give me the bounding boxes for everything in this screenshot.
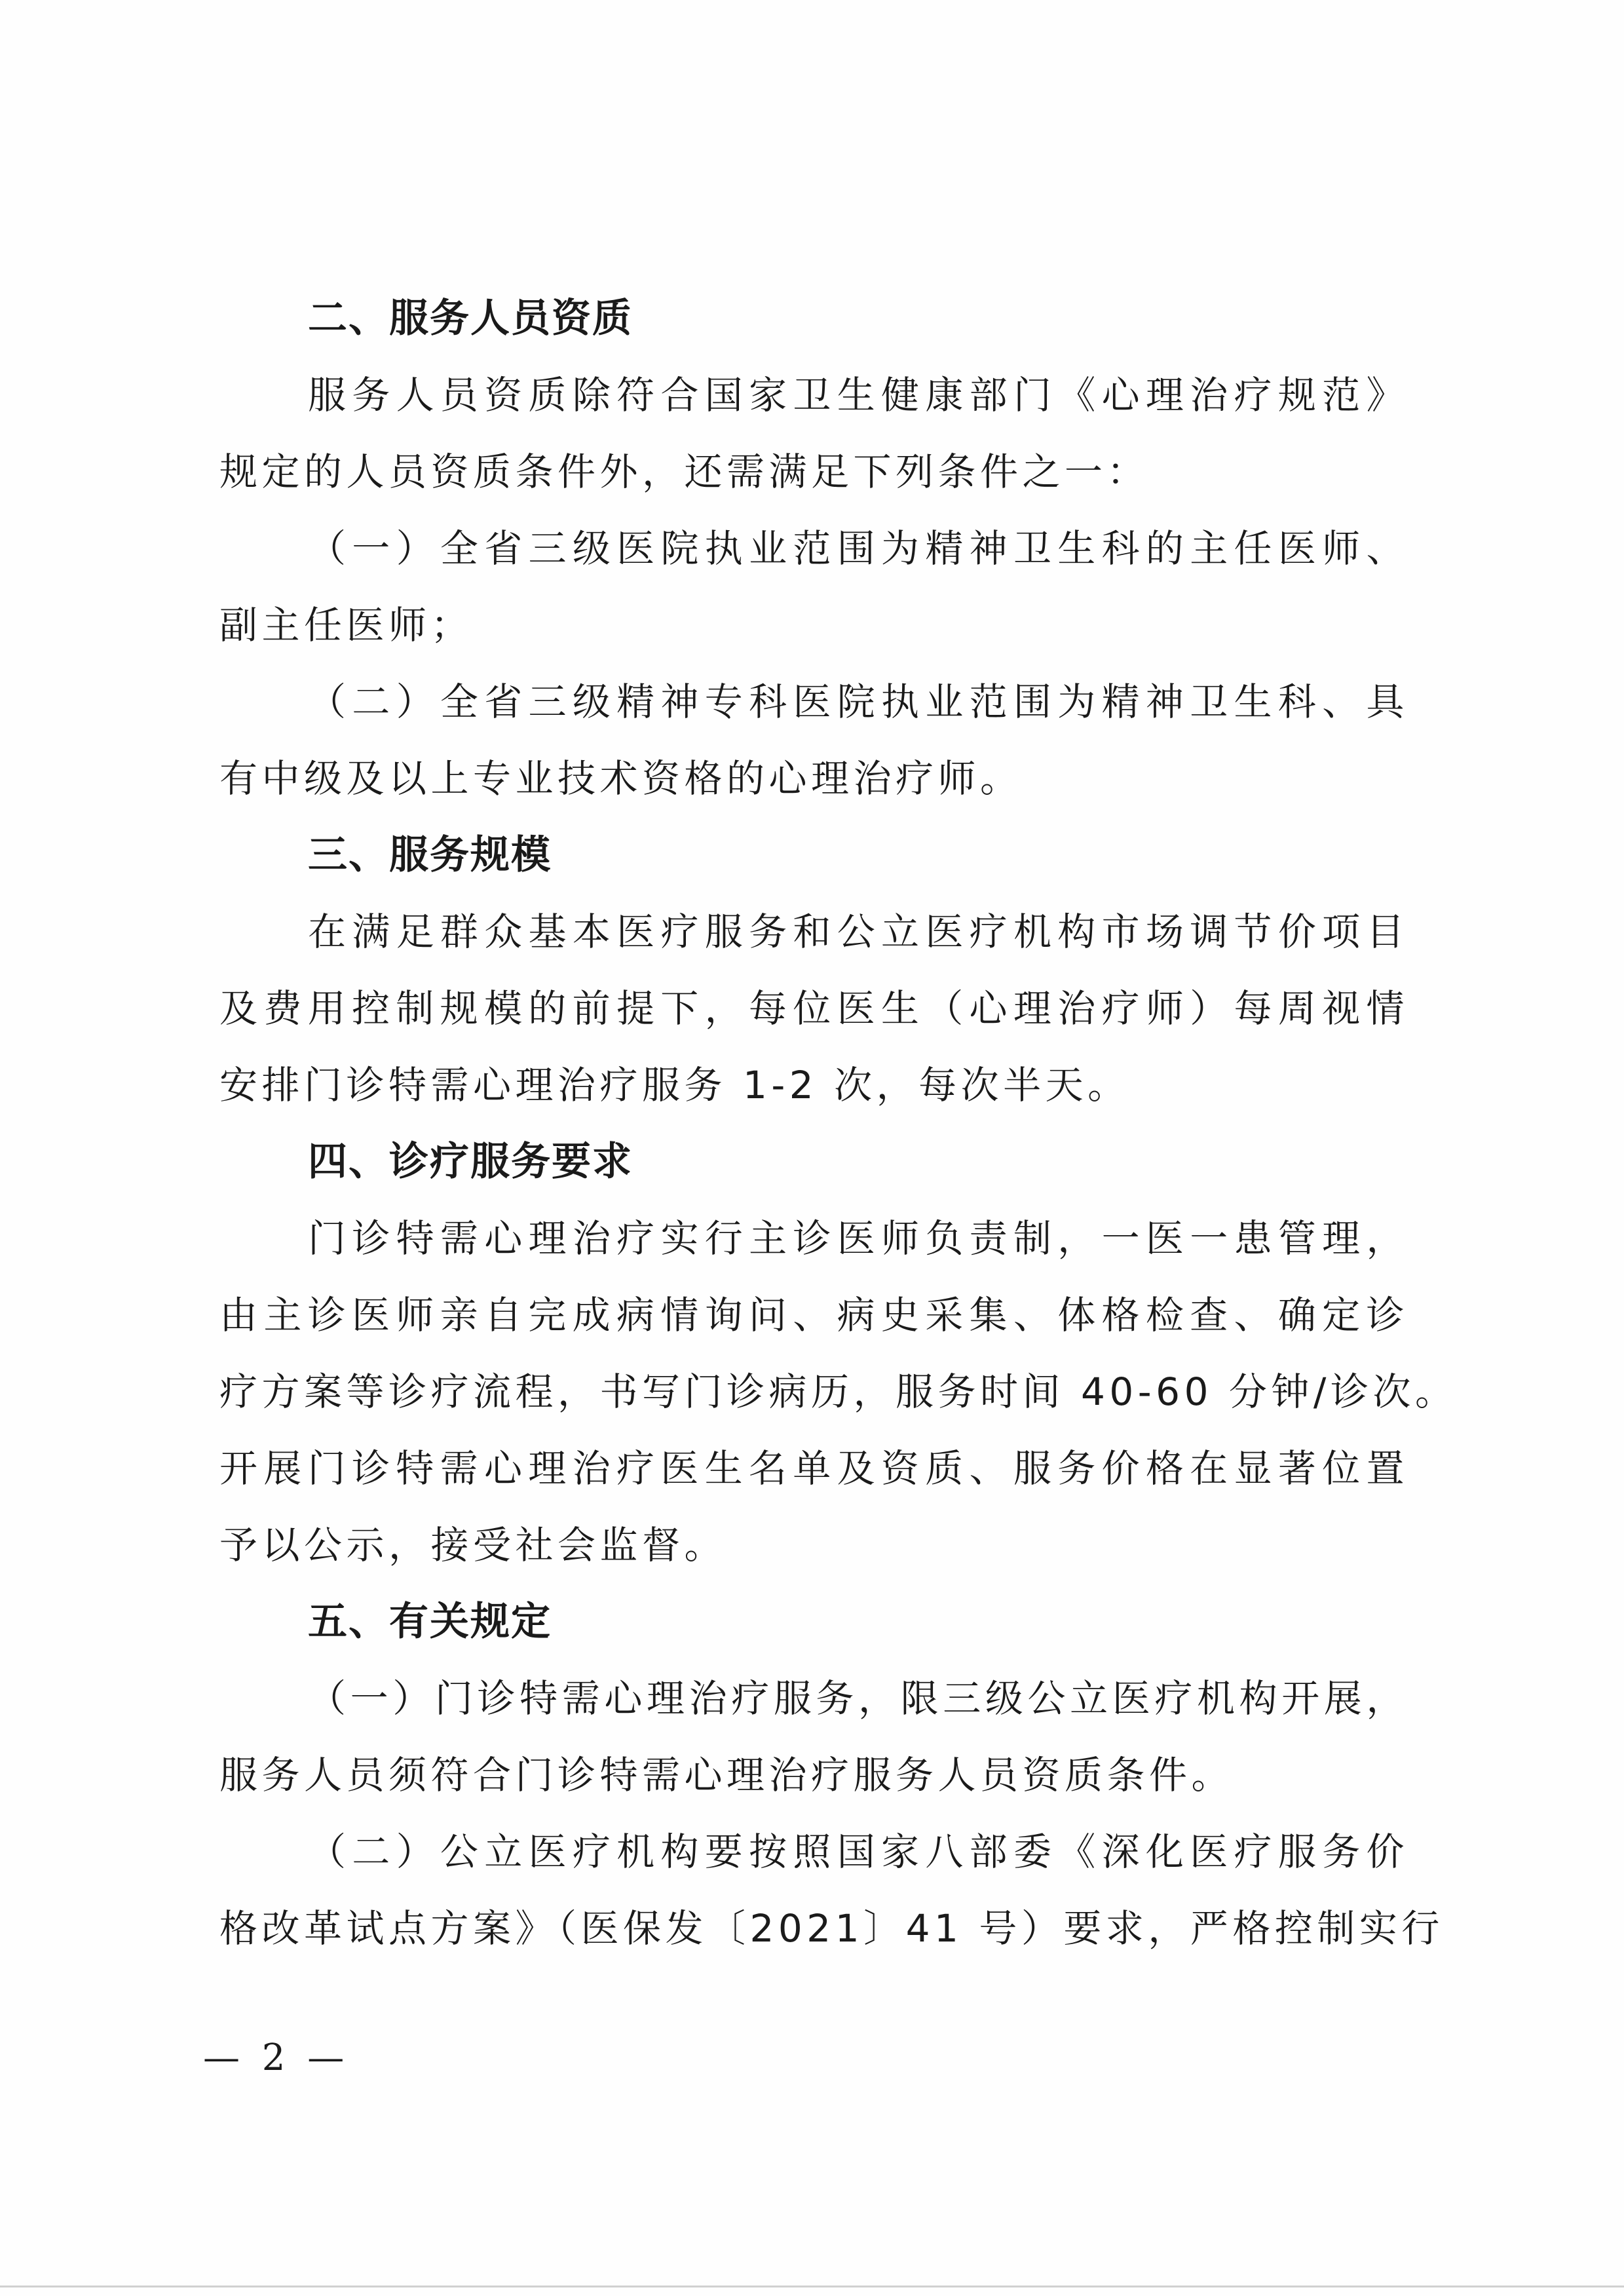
paragraph-line: （一）门诊特需心理治疗服务，限三级公立医疗机构开展，: [219, 1660, 1408, 1737]
paragraph-line: 规定的人员资质条件外，还需满足下列条件之一：: [219, 434, 1408, 510]
section-heading-regulations: 五、有关规定: [219, 1584, 1408, 1660]
paragraph-line: （二）公立医疗机构要按照国家八部委《深化医疗服务价: [219, 1814, 1408, 1890]
paragraph-line: 安排门诊特需心理治疗服务 1-2 次，每次半天。: [219, 1047, 1408, 1124]
paragraph-line: （一）全省三级医院执业范围为精神卫生科的主任医师、: [219, 510, 1408, 587]
document-page: 二、服务人员资质 服务人员资质除符合国家卫生健康部门《心理治疗规范》 规定的人员…: [0, 0, 1624, 2296]
section-heading-qualifications: 二、服务人员资质: [219, 280, 1408, 357]
paragraph-line: 开展门诊特需心理治疗医生名单及资质、服务价格在显著位置: [219, 1430, 1408, 1507]
paragraph-line: 服务人员须符合门诊特需心理治疗服务人员资质条件。: [219, 1737, 1408, 1814]
paragraph-line: （二）全省三级精神专科医院执业范围为精神卫生科、具: [219, 664, 1408, 740]
paragraph-line: 疗方案等诊疗流程，书写门诊病历，服务时间 40-60 分钟/诊次。: [219, 1354, 1408, 1430]
paragraph-line: 在满足群众基本医疗服务和公立医疗机构市场调节价项目: [219, 894, 1408, 970]
document-body: 二、服务人员资质 服务人员资质除符合国家卫生健康部门《心理治疗规范》 规定的人员…: [219, 280, 1408, 1967]
paragraph-line: 格改革试点方案》（医保发〔2021〕41 号）要求，严格控制实行: [219, 1890, 1408, 1967]
paragraph-line: 副主任医师；: [219, 587, 1408, 664]
paragraph-line: 及费用控制规模的前提下，每位医生（心理治疗师）每周视情: [219, 970, 1408, 1047]
paragraph-line: 予以公示，接受社会监督。: [219, 1507, 1408, 1584]
paragraph-line: 门诊特需心理治疗实行主诊医师负责制，一医一患管理，: [219, 1200, 1408, 1277]
page-bottom-edge: [0, 2286, 1624, 2287]
paragraph-line: 有中级及以上专业技术资格的心理治疗师。: [219, 740, 1408, 817]
page-number: — 2 —: [203, 2037, 349, 2079]
paragraph-line: 服务人员资质除符合国家卫生健康部门《心理治疗规范》: [219, 357, 1408, 434]
paragraph-line: 由主诊医师亲自完成病情询问、病史采集、体格检查、确定诊: [219, 1277, 1408, 1354]
section-heading-service-scale: 三、服务规模: [219, 817, 1408, 894]
section-heading-service-requirements: 四、诊疗服务要求: [219, 1124, 1408, 1200]
